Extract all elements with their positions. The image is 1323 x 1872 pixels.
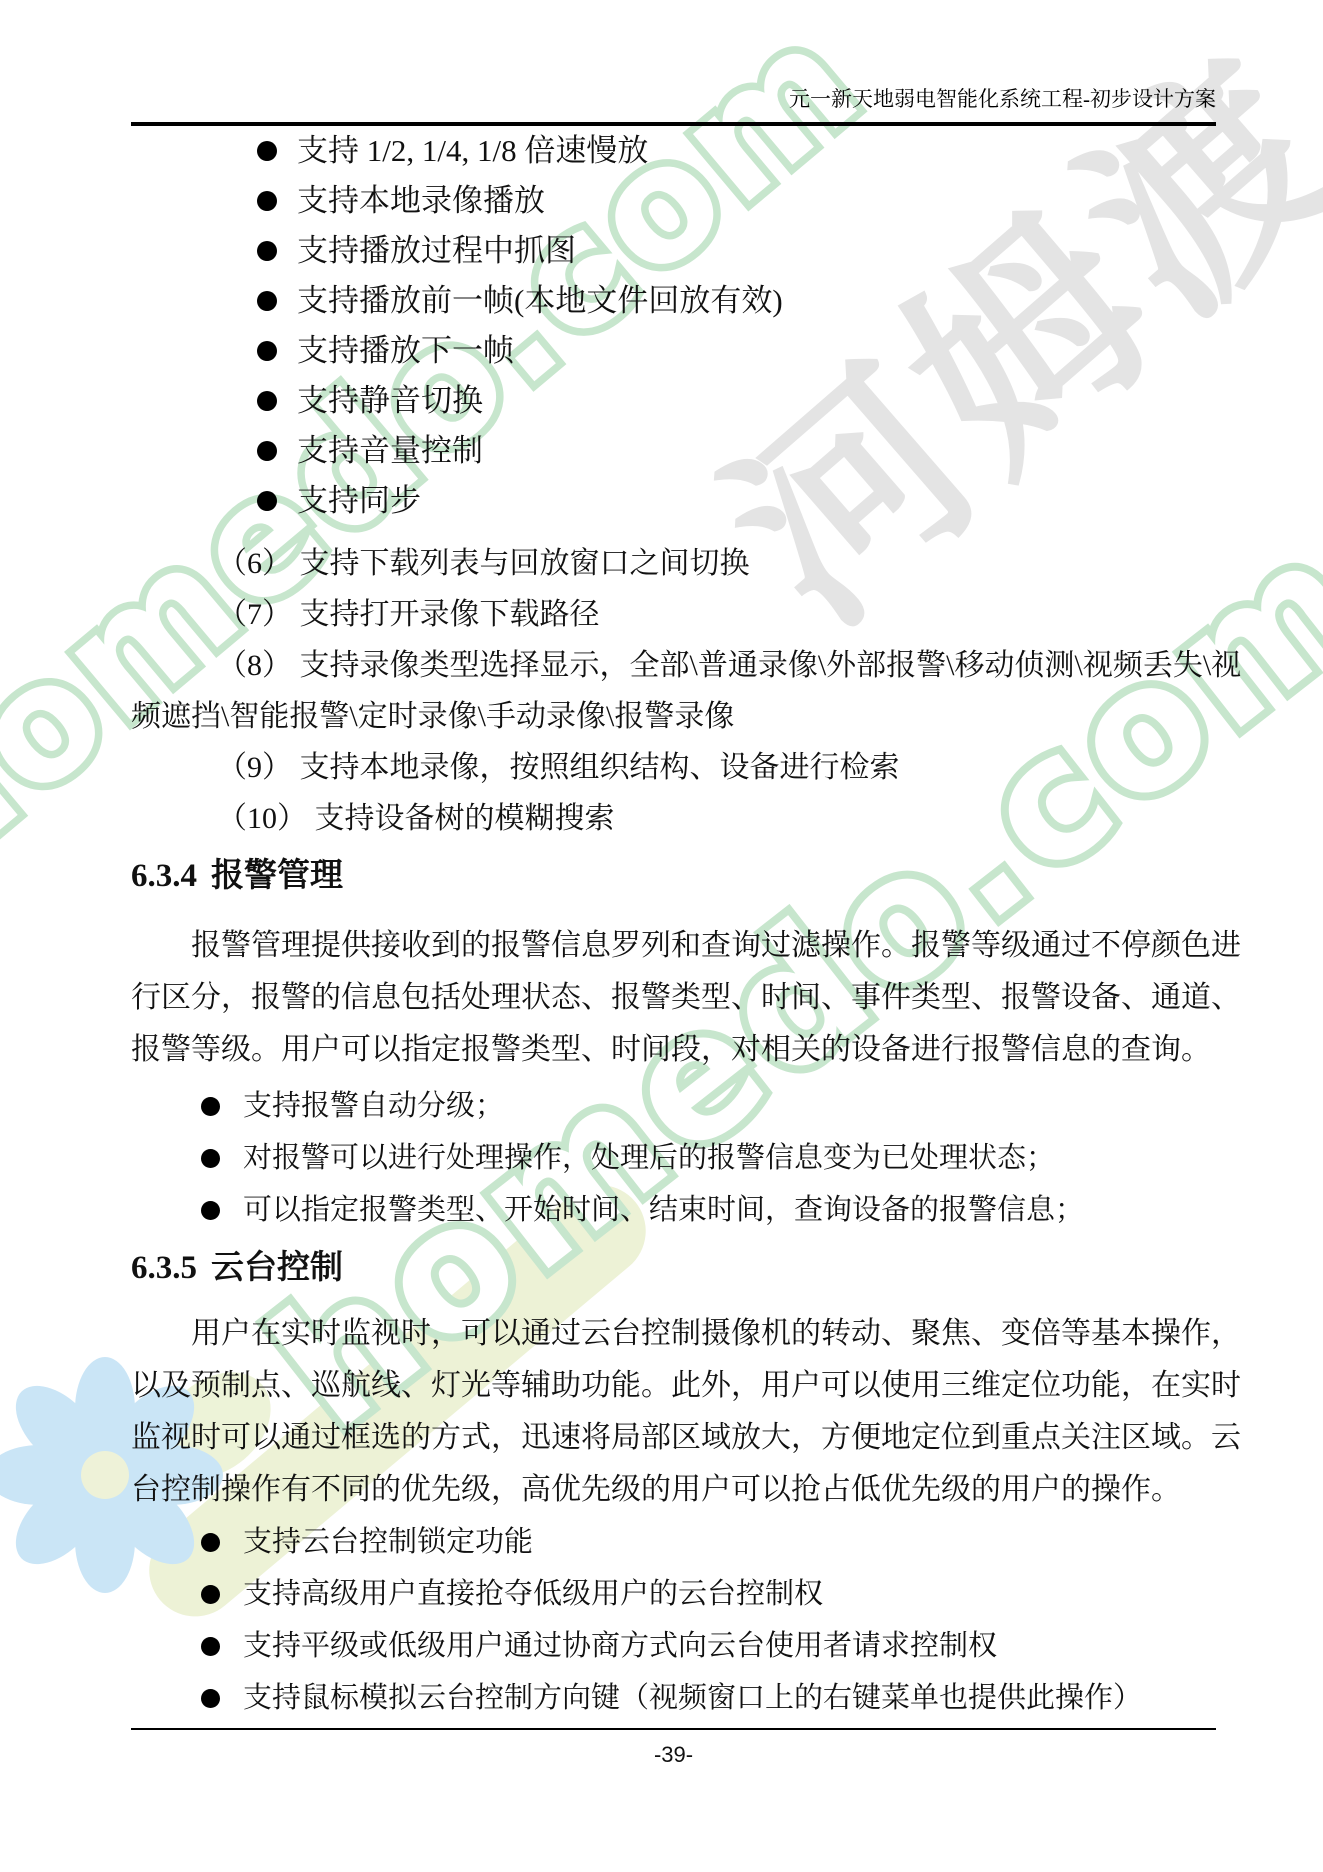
numbered-item: （10） 支持设备树的模糊搜索 <box>131 793 1216 844</box>
paragraph-line: 行区分，报警的信息包括处理状态、报警类型、时间、事件类型、报警设备、通道、 <box>131 972 1216 1024</box>
bullet-icon <box>201 1201 220 1220</box>
bullet-icon <box>257 341 277 361</box>
numbered-feature-list: （6） 支持下载列表与回放窗口之间切换 （7） 支持打开录像下载路径 （8） 支… <box>131 538 1216 844</box>
list-item: 支持同步 <box>131 476 1216 526</box>
section-title: 云台控制 <box>211 1250 343 1286</box>
section-heading-634: 6.3.4报警管理 <box>131 856 1216 896</box>
list-item: 支持播放过程中抓图 <box>131 226 1216 276</box>
section-634-bullet-list: 支持报警自动分级； 对报警可以进行处理操作，处理后的报警信息变为已处理状态； 可… <box>131 1080 1216 1236</box>
list-item: 支持高级用户直接抢夺低级用户的云台控制权 <box>131 1568 1216 1620</box>
list-item-text: 支持 1/2, 1/4, 1/8 倍速慢放 <box>297 126 648 176</box>
footer-rule <box>131 1728 1216 1730</box>
list-item-text: 支持音量控制 <box>297 426 483 476</box>
list-item-text: 支持播放下一帧 <box>297 326 514 376</box>
bullet-icon <box>257 141 277 161</box>
numbered-item: （7） 支持打开录像下载路径 <box>131 589 1216 640</box>
page-number: -39- <box>131 1742 1216 1768</box>
list-item-text: 支持平级或低级用户通过协商方式向云台使用者请求控制权 <box>243 1620 997 1672</box>
list-item: 支持静音切换 <box>131 376 1216 426</box>
list-item: 支持报警自动分级； <box>131 1080 1216 1132</box>
list-item: 支持云台控制锁定功能 <box>131 1516 1216 1568</box>
section-635-paragraph: 用户在实时监视时，可以通过云台控制摄像机的转动、聚焦、变倍等基本操作， 以及预制… <box>131 1308 1216 1516</box>
page-content: 元一新天地弱电智能化系统工程-初步设计方案 支持 1/2, 1/4, 1/8 倍… <box>0 0 1323 1768</box>
bullet-icon <box>201 1149 220 1168</box>
list-item: 支持 1/2, 1/4, 1/8 倍速慢放 <box>131 126 1216 176</box>
section-number: 6.3.4 <box>131 858 197 894</box>
list-item: 支持音量控制 <box>131 426 1216 476</box>
bullet-icon <box>201 1689 220 1708</box>
paragraph-line: 台控制操作有不同的优先级，高优先级的用户可以抢占低优先级的用户的操作。 <box>131 1464 1216 1516</box>
document-page: 河姆渡 homedo.com homedo.com 元一新天地弱电智能化系统工程… <box>0 0 1323 1872</box>
bullet-icon <box>201 1097 220 1116</box>
list-item-text: 支持播放过程中抓图 <box>297 226 576 276</box>
list-item-text: 对报警可以进行处理操作，处理后的报警信息变为已处理状态； <box>243 1132 1055 1184</box>
playback-bullet-list: 支持 1/2, 1/4, 1/8 倍速慢放 支持本地录像播放 支持播放过程中抓图… <box>131 126 1216 526</box>
paragraph-line: 报警管理提供接收到的报警信息罗列和查询过滤操作。报警等级通过不停颜色进 <box>131 920 1216 972</box>
list-item-text: 支持本地录像播放 <box>297 176 545 226</box>
section-heading-635: 6.3.5云台控制 <box>131 1248 1216 1288</box>
list-item-text: 支持报警自动分级； <box>243 1080 504 1132</box>
paragraph-line: 用户在实时监视时，可以通过云台控制摄像机的转动、聚焦、变倍等基本操作， <box>131 1308 1216 1360</box>
bullet-icon <box>201 1585 220 1604</box>
paragraph-line: 报警等级。用户可以指定报警类型、时间段，对相关的设备进行报警信息的查询。 <box>131 1024 1216 1076</box>
bullet-icon <box>201 1533 220 1552</box>
list-item: 支持播放前一帧(本地文件回放有效) <box>131 276 1216 326</box>
bullet-icon <box>257 241 277 261</box>
numbered-item-continuation: 频遮挡\智能报警\定时录像\手动录像\报警录像 <box>131 691 1216 742</box>
list-item: 支持平级或低级用户通过协商方式向云台使用者请求控制权 <box>131 1620 1216 1672</box>
section-title: 报警管理 <box>211 858 343 894</box>
list-item-text: 支持鼠标模拟云台控制方向键（视频窗口上的右键菜单也提供此操作） <box>243 1672 1142 1724</box>
page-header-title: 元一新天地弱电智能化系统工程-初步设计方案 <box>131 0 1216 112</box>
list-item: 支持播放下一帧 <box>131 326 1216 376</box>
list-item-text: 支持云台控制锁定功能 <box>243 1516 533 1568</box>
paragraph-line: 监视时可以通过框选的方式，迅速将局部区域放大，方便地定位到重点关注区域。云 <box>131 1412 1216 1464</box>
list-item: 可以指定报警类型、开始时间、结束时间，查询设备的报警信息； <box>131 1184 1216 1236</box>
section-number: 6.3.5 <box>131 1250 197 1286</box>
bullet-icon <box>257 441 277 461</box>
bullet-icon <box>257 191 277 211</box>
numbered-item: （9） 支持本地录像，按照组织结构、设备进行检索 <box>131 742 1216 793</box>
paragraph-line: 以及预制点、巡航线、灯光等辅助功能。此外，用户可以使用三维定位功能，在实时 <box>131 1360 1216 1412</box>
section-634-paragraph: 报警管理提供接收到的报警信息罗列和查询过滤操作。报警等级通过不停颜色进 行区分，… <box>131 920 1216 1076</box>
bullet-icon <box>257 291 277 311</box>
numbered-item: （6） 支持下载列表与回放窗口之间切换 <box>131 538 1216 589</box>
bullet-icon <box>201 1637 220 1656</box>
list-item: 对报警可以进行处理操作，处理后的报警信息变为已处理状态； <box>131 1132 1216 1184</box>
list-item-text: 支持高级用户直接抢夺低级用户的云台控制权 <box>243 1568 823 1620</box>
section-635-bullet-list: 支持云台控制锁定功能 支持高级用户直接抢夺低级用户的云台控制权 支持平级或低级用… <box>131 1516 1216 1724</box>
list-item: 支持本地录像播放 <box>131 176 1216 226</box>
list-item-text: 支持静音切换 <box>297 376 483 426</box>
list-item-text: 支持同步 <box>297 476 421 526</box>
numbered-item: （8） 支持录像类型选择显示，全部\普通录像\外部报警\移动侦测\视频丢失\视 <box>131 640 1216 691</box>
bullet-icon <box>257 491 277 511</box>
list-item-text: 可以指定报警类型、开始时间、结束时间，查询设备的报警信息； <box>243 1184 1084 1236</box>
bullet-icon <box>257 391 277 411</box>
list-item: 支持鼠标模拟云台控制方向键（视频窗口上的右键菜单也提供此操作） <box>131 1672 1216 1724</box>
list-item-text: 支持播放前一帧(本地文件回放有效) <box>297 276 783 326</box>
